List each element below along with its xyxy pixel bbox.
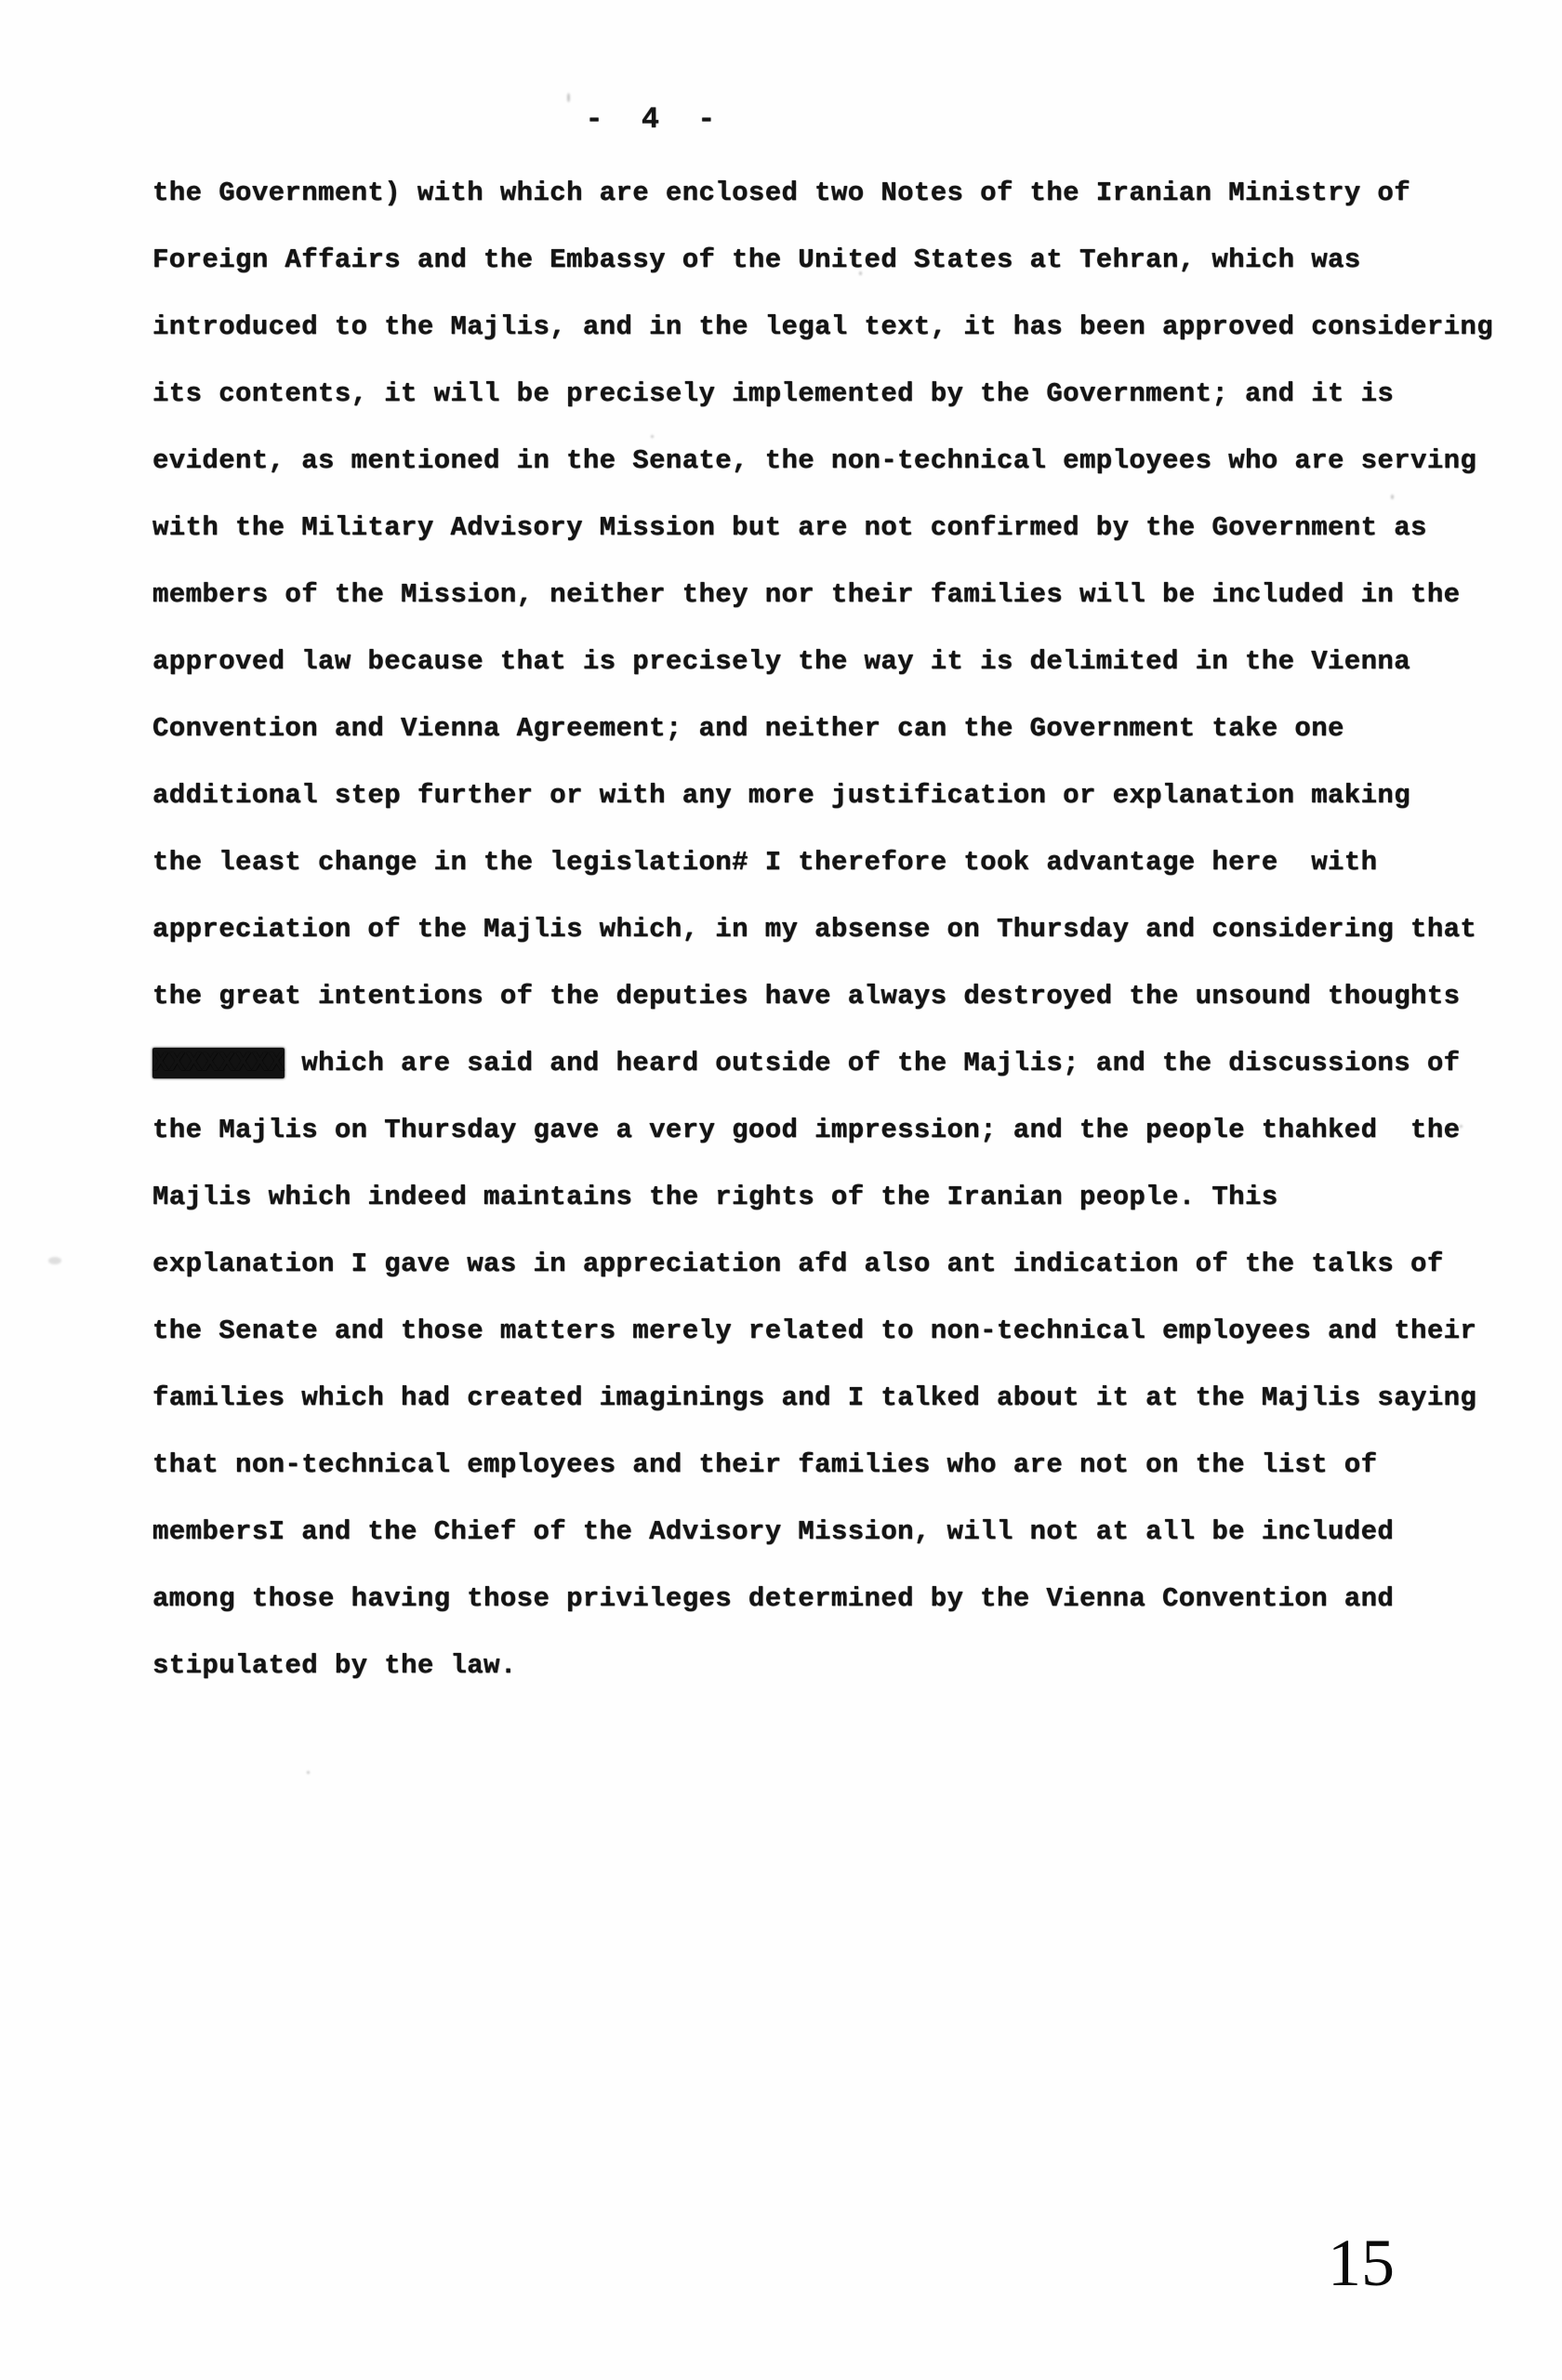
scan-speck bbox=[48, 1257, 61, 1264]
scanned-document-page: - 4 - the Government) with which are enc… bbox=[0, 0, 1562, 2380]
document-body-text: the Government) with which are enclosed … bbox=[152, 160, 1529, 1699]
footer-page-number: 15 bbox=[1328, 2229, 1395, 2296]
text-line: its contents, it will be precisely imple… bbox=[152, 361, 1529, 428]
scan-speck bbox=[1460, 1125, 1463, 1128]
text-line: introduced to the Majlis, and in the leg… bbox=[152, 294, 1529, 361]
text-line: stipulated by the law. bbox=[152, 1633, 1529, 1699]
text-line: Foreign Affairs and the Embassy of the U… bbox=[152, 227, 1529, 294]
text-line: the least change in the legislation# I t… bbox=[152, 829, 1529, 896]
scan-speck bbox=[651, 435, 654, 438]
scan-speck bbox=[307, 1771, 310, 1774]
text-line: the great intentions of the deputies hav… bbox=[152, 963, 1529, 1030]
page-header-number: - 4 - bbox=[0, 102, 1311, 137]
text-line: approved law because that is precisely t… bbox=[152, 628, 1529, 695]
text-line: evident, as mentioned in the Senate, the… bbox=[152, 428, 1529, 495]
text-line: among those having those privileges dete… bbox=[152, 1566, 1529, 1633]
text-line: that non-technical employees and their f… bbox=[152, 1432, 1529, 1499]
text-line: Majlis which indeed maintains the rights… bbox=[152, 1164, 1529, 1231]
text-line: explanation I gave was in appreciation a… bbox=[152, 1231, 1529, 1298]
text-line: families which had created imaginings an… bbox=[152, 1365, 1529, 1432]
text-line: membersI and the Chief of the Advisory M… bbox=[152, 1499, 1529, 1566]
text-line: additional step further or with any more… bbox=[152, 762, 1529, 829]
text-line: with the Military Advisory Mission but a… bbox=[152, 495, 1529, 562]
scan-speck bbox=[390, 653, 392, 655]
text-line: the Senate and those matters merely rela… bbox=[152, 1298, 1529, 1365]
overstruck-redaction: XXXXXXXX bbox=[152, 1048, 285, 1078]
text-line: the Majlis on Thursday gave a very good … bbox=[152, 1097, 1529, 1164]
text-line: the Government) with which are enclosed … bbox=[152, 160, 1529, 227]
scan-speck bbox=[859, 271, 862, 275]
text-line: appreciation of the Majlis which, in my … bbox=[152, 896, 1529, 963]
scan-speck bbox=[1391, 495, 1394, 499]
scan-speck bbox=[567, 93, 570, 102]
text-line: Convention and Vienna Agreement; and nei… bbox=[152, 695, 1529, 762]
text-line: XXXXXXXX which are said and heard outsid… bbox=[152, 1030, 1529, 1097]
text-line: members of the Mission, neither they nor… bbox=[152, 562, 1529, 628]
